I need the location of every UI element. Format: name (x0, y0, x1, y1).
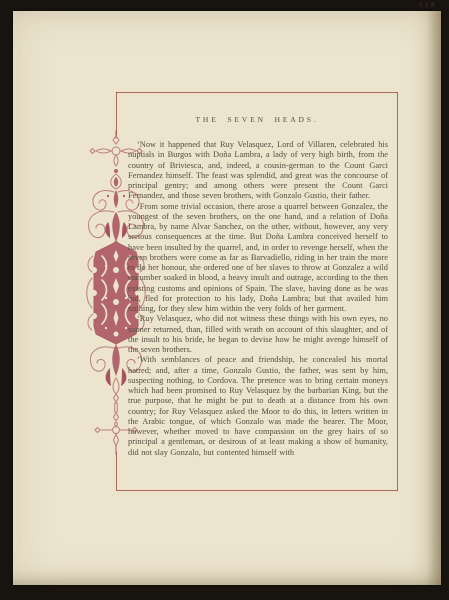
paragraph: ‘Now it happened that Ruy Velasquez, Lor… (128, 140, 388, 202)
book-page: THE SEVEN HEADS. ‘Now it happened that R… (13, 11, 441, 585)
frame-left-bottom-segment (116, 452, 117, 490)
shelf-mark: 118 (401, 1, 437, 10)
paragraph: ‘Ruy Velasquez, who did not witness thes… (128, 314, 388, 355)
text-block: ‘Now it happened that Ruy Velasquez, Lor… (128, 140, 388, 458)
bud-connector-top (111, 169, 122, 189)
page-edge-shadow (427, 11, 441, 585)
scan-mat: { "colors": { "mat": "#17130f", "paper":… (0, 0, 449, 600)
paragraph: ‘With semblances of peace and friendship… (128, 355, 388, 458)
paragraph: ‘From some trivial occasion, there arose… (128, 202, 388, 315)
running-head: THE SEVEN HEADS. (116, 115, 398, 124)
